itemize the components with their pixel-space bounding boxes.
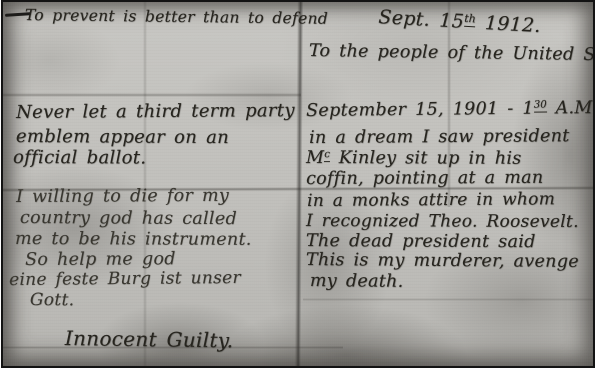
- note-paper: To prevent is better than to defend Neve…: [3, 2, 593, 366]
- left-page-line: I willing to die for my: [16, 188, 229, 207]
- right-page-line: my death.: [310, 273, 404, 291]
- dream-time-suffix: A.M.: [547, 98, 595, 119]
- date-year: 1912.: [475, 11, 541, 37]
- dream-time-line: September 15, 1901 - 130 A.M.: [306, 100, 595, 121]
- date-prefix: Sept. 15: [378, 6, 465, 33]
- horizontal-crease-right-lower: [303, 298, 593, 301]
- horizontal-crease-upper-left: [3, 93, 301, 97]
- scanned-page: { "note": { "motto": "To prevent is bett…: [0, 0, 598, 371]
- left-page-line: me to be his instrument.: [15, 231, 252, 249]
- verdict-line: Innocent Guilty.: [65, 328, 234, 350]
- left-page-german-line: eine feste Burg ist unser: [9, 270, 241, 289]
- vertical-fold-crease: [295, 0, 304, 368]
- photograph-of-handwritten-note: To prevent is better than to defend Neve…: [1, 0, 595, 368]
- right-page-line: in a monks attire in whom: [307, 191, 555, 210]
- dream-time-superscript: 30: [534, 100, 547, 113]
- salutation-line: To the people of the United States: [309, 43, 595, 65]
- left-page-german-line: Gott.: [30, 292, 75, 309]
- right-page-line: This is my murderer, avenge: [306, 252, 579, 271]
- right-page-line: The dead president said: [306, 233, 536, 252]
- motto-line: To prevent is better than to defend: [25, 8, 328, 27]
- mckinley-prefix: M: [306, 148, 324, 168]
- mckinley-suffix: Kinley sit up in his: [330, 148, 522, 169]
- right-page-line: I recognized Theo. Roosevelt.: [306, 213, 579, 231]
- dream-time-prefix: September 15, 1901 - 1: [306, 99, 534, 121]
- left-page-line: emblem appear on an: [16, 128, 229, 147]
- right-page-line: in a dream I saw president: [309, 128, 570, 147]
- left-page-line: country god has called: [20, 210, 237, 229]
- right-page-line: coffin, pointing at a man: [306, 170, 543, 189]
- left-vertical-crease: [143, 2, 147, 368]
- mckinley-line: Mc Kinley sit up in his: [306, 150, 522, 168]
- left-page-line: Never let a third term party: [16, 102, 295, 122]
- left-page-line: official ballot.: [13, 149, 146, 167]
- left-page-line: So help me god: [25, 251, 176, 269]
- date-line: Sept. 15th 1912.: [378, 8, 541, 36]
